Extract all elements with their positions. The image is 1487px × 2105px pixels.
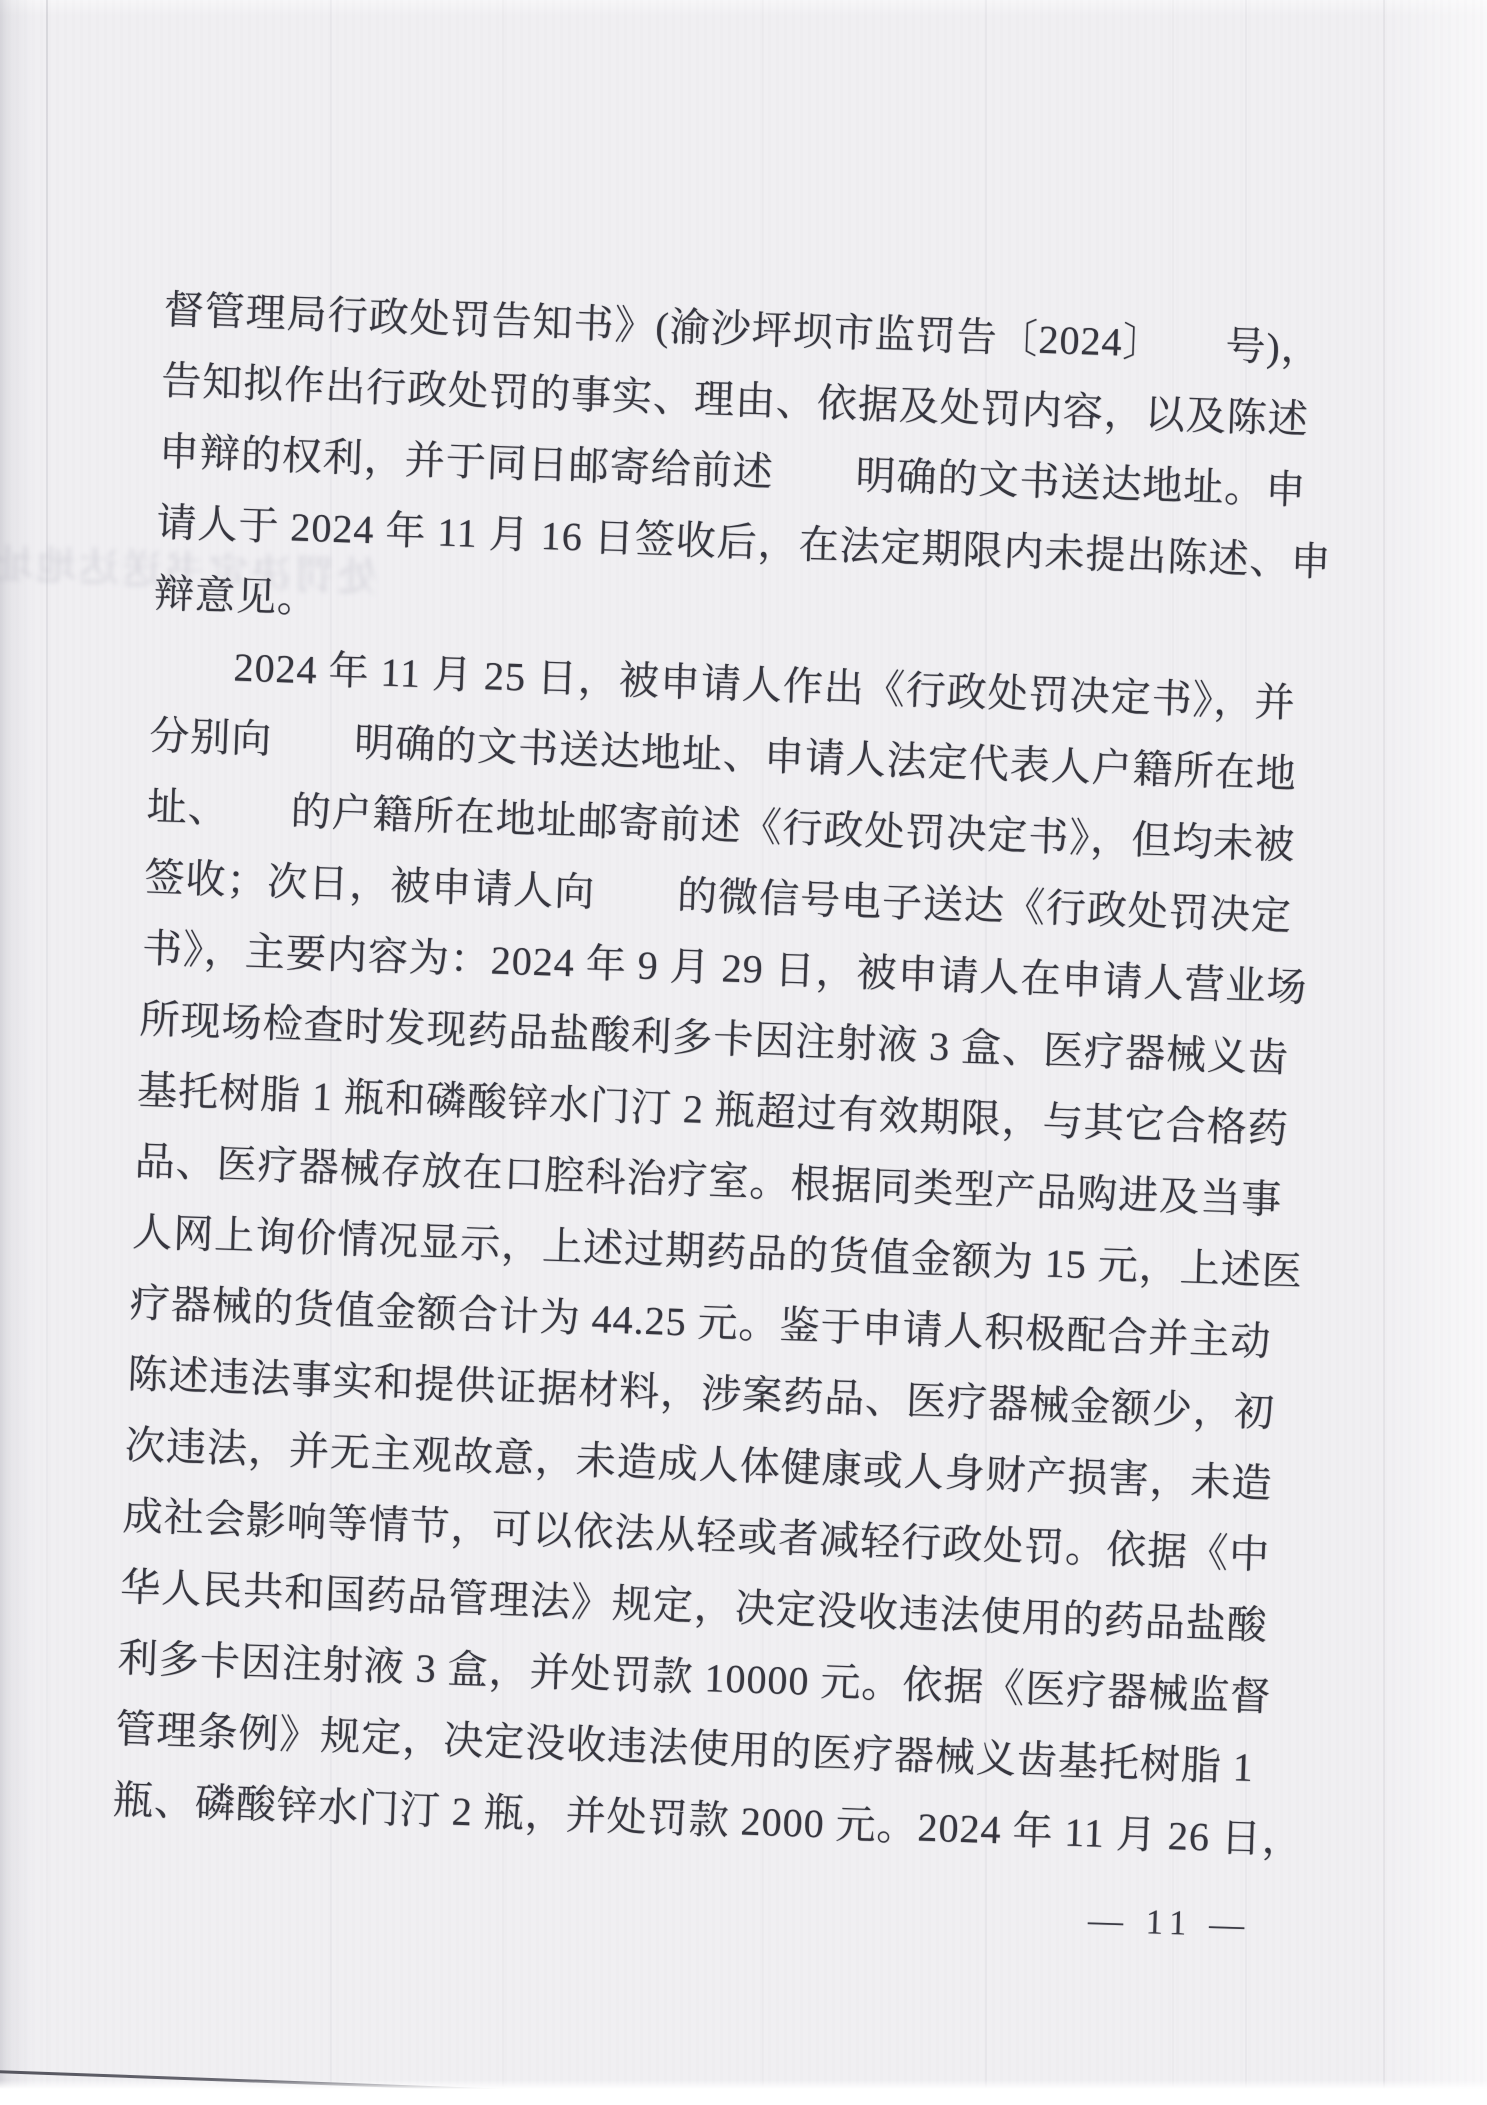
document-body: 督管理局行政处罚告知书》(渝沙坪坝市监罚告〔2024〕 号)， 告知拟作出行政处… (112, 274, 1354, 1876)
scanned-page: 处罚决定书送达地址申请人法定代表人户籍所在 督管理局行政处罚告知书》(渝沙坪坝市… (0, 0, 1487, 2105)
fold-line (46, 0, 48, 2105)
scan-band (1383, 0, 1385, 2105)
scanner-background (0, 2080, 1487, 2105)
page-number: — 11 — (1087, 1897, 1252, 1948)
